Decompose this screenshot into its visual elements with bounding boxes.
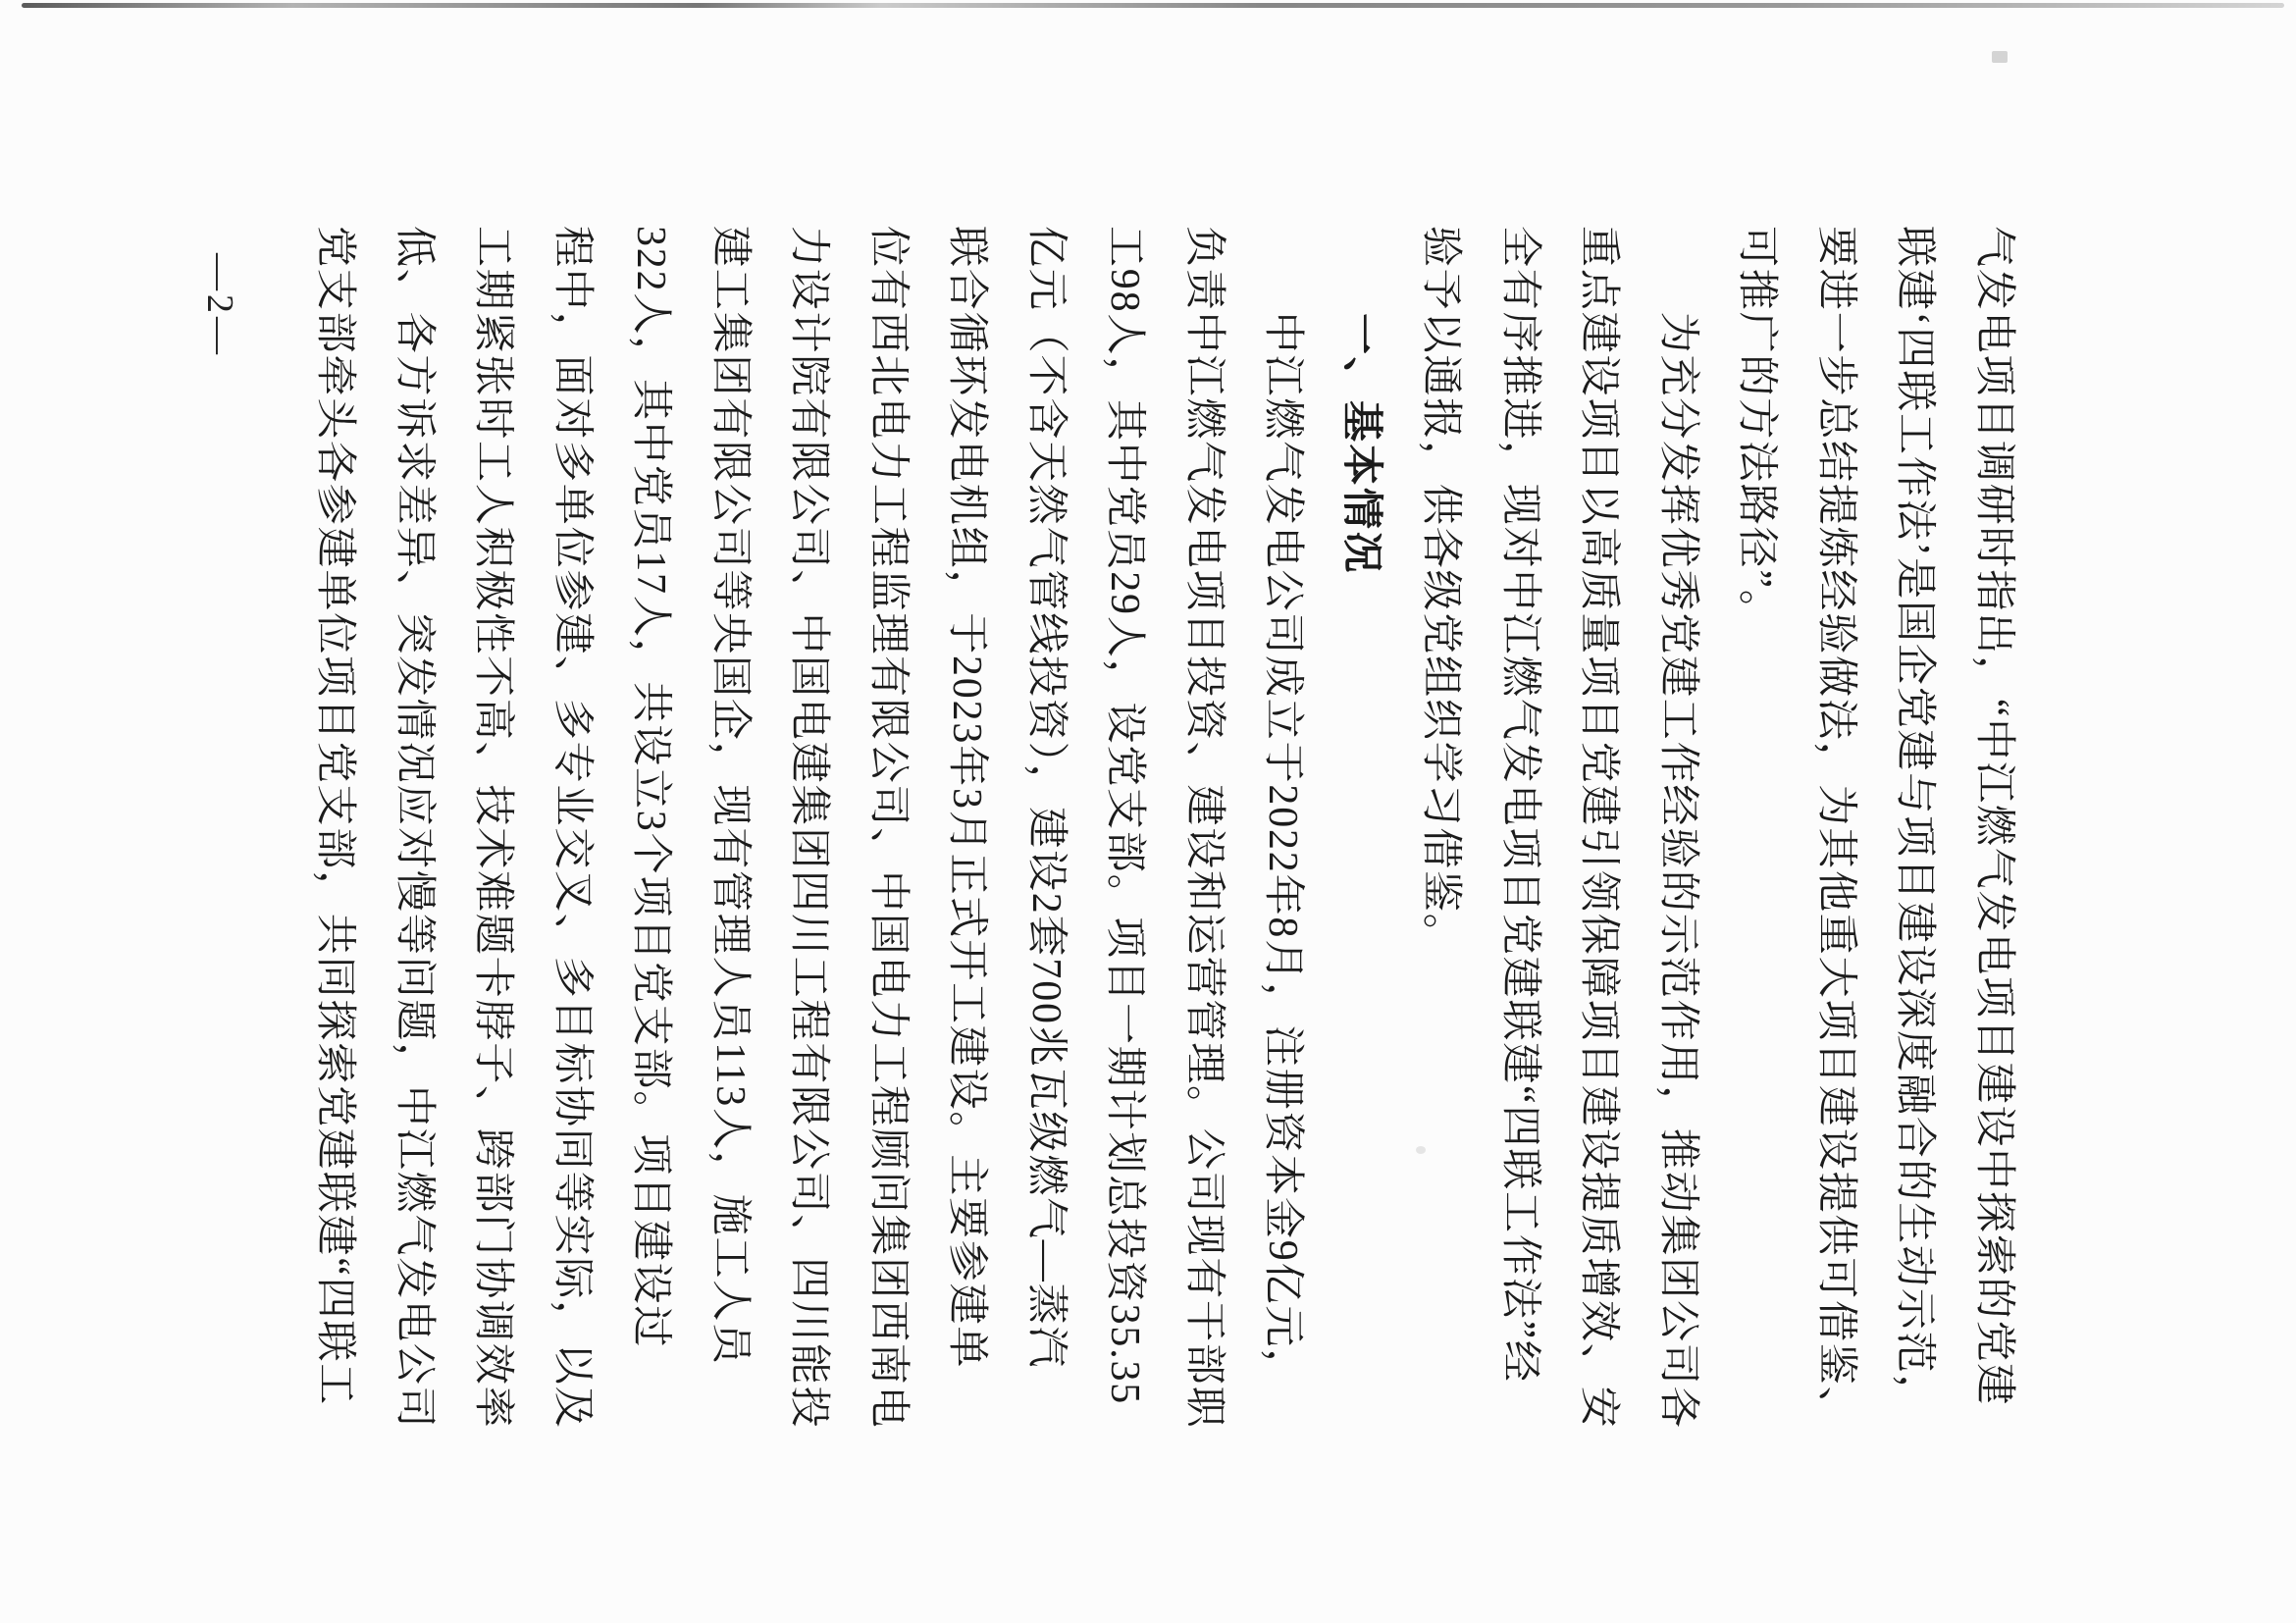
text-line: 低、各方诉求差异、突发情况应对慢等问题，中江燃气发电公司 (375, 226, 454, 1501)
text-line: 建工集团有限公司等央国企，现有管理人员113人，施工人员 (691, 226, 770, 1501)
text-line: 气发电项目调研时指出，“中江燃气发电项目建设中探索的党建 (1955, 226, 2034, 1501)
scan-speck (1992, 51, 2008, 63)
scanned-document-canvas: 气发电项目调研时指出，“中江燃气发电项目建设中探索的党建 联建‘四联工作法’是国… (0, 0, 2296, 1623)
text-line: 联合循环发电机组，于2023年3月正式开工建设。主要参建单 (927, 226, 1007, 1501)
text-line: 为充分发挥优秀党建工作经验的示范作用，推动集团公司各 (1639, 226, 1718, 1501)
scan-edge-artifact (22, 3, 2284, 8)
text-line: 中江燃气发电公司成立于2022年8月，注册资本金9亿元， (1243, 226, 1323, 1501)
text-line: 负责中江燃气发电项目投资、建设和运营管理。公司现有干部职 (1165, 226, 1244, 1501)
text-line: 全有序推进，现对中江燃气发电项目党建联建“四联工作法”经 (1481, 226, 1560, 1501)
text-line: 要进一步总结提炼经验做法，为其他重大项目建设提供可借鉴、 (1797, 226, 1876, 1501)
text-line: 322人，其中党员17人，共设立3个项目党支部。项目建设过 (611, 226, 691, 1501)
text-line: 亿元（不含天然气管线投资），建设2套700兆瓦级燃气—蒸汽 (1007, 226, 1086, 1501)
text-line: 联建‘四联工作法’是国企党建与项目建设深度融合的生动示范， (1875, 226, 1955, 1501)
document-text-block: 气发电项目调研时指出，“中江燃气发电项目建设中探索的党建 联建‘四联工作法’是国… (295, 226, 2033, 1501)
text-line: 程中，面对多单位参建、多专业交叉、多目标协同等实际，以及 (533, 226, 612, 1501)
page-number: —2— (198, 253, 241, 358)
text-line: 党支部牵头各参建单位项目党支部，共同探索党建联建“四联工 (295, 226, 375, 1501)
scan-speck (1416, 1146, 1426, 1154)
text-line: 力设计院有限公司、中国电建集团四川工程有限公司、四川能投 (769, 226, 849, 1501)
text-line: 位有西北电力工程监理有限公司、中国电力工程顾问集团西南电 (849, 226, 928, 1501)
text-line: 可推广的方法路径”。 (1717, 226, 1797, 1501)
section-heading: 一、基本情况 (1323, 226, 1402, 1501)
text-line: 工期紧张时工人积极性不高、技术难题卡脖子、跨部门协调效率 (453, 226, 533, 1501)
text-line: 重点建设项目以高质量项目党建引领保障项目建设提质增效、安 (1559, 226, 1639, 1501)
scanned-page-rotated-90cw: 气发电项目调研时指出，“中江燃气发电项目建设中探索的党建 联建‘四联工作法’是国… (0, 0, 2296, 1623)
text-line: 工98人，其中党员29人，设党支部。项目一期计划总投资35.35 (1085, 226, 1165, 1501)
text-line: 验予以通报，供各级党组织学习借鉴。 (1401, 226, 1481, 1501)
